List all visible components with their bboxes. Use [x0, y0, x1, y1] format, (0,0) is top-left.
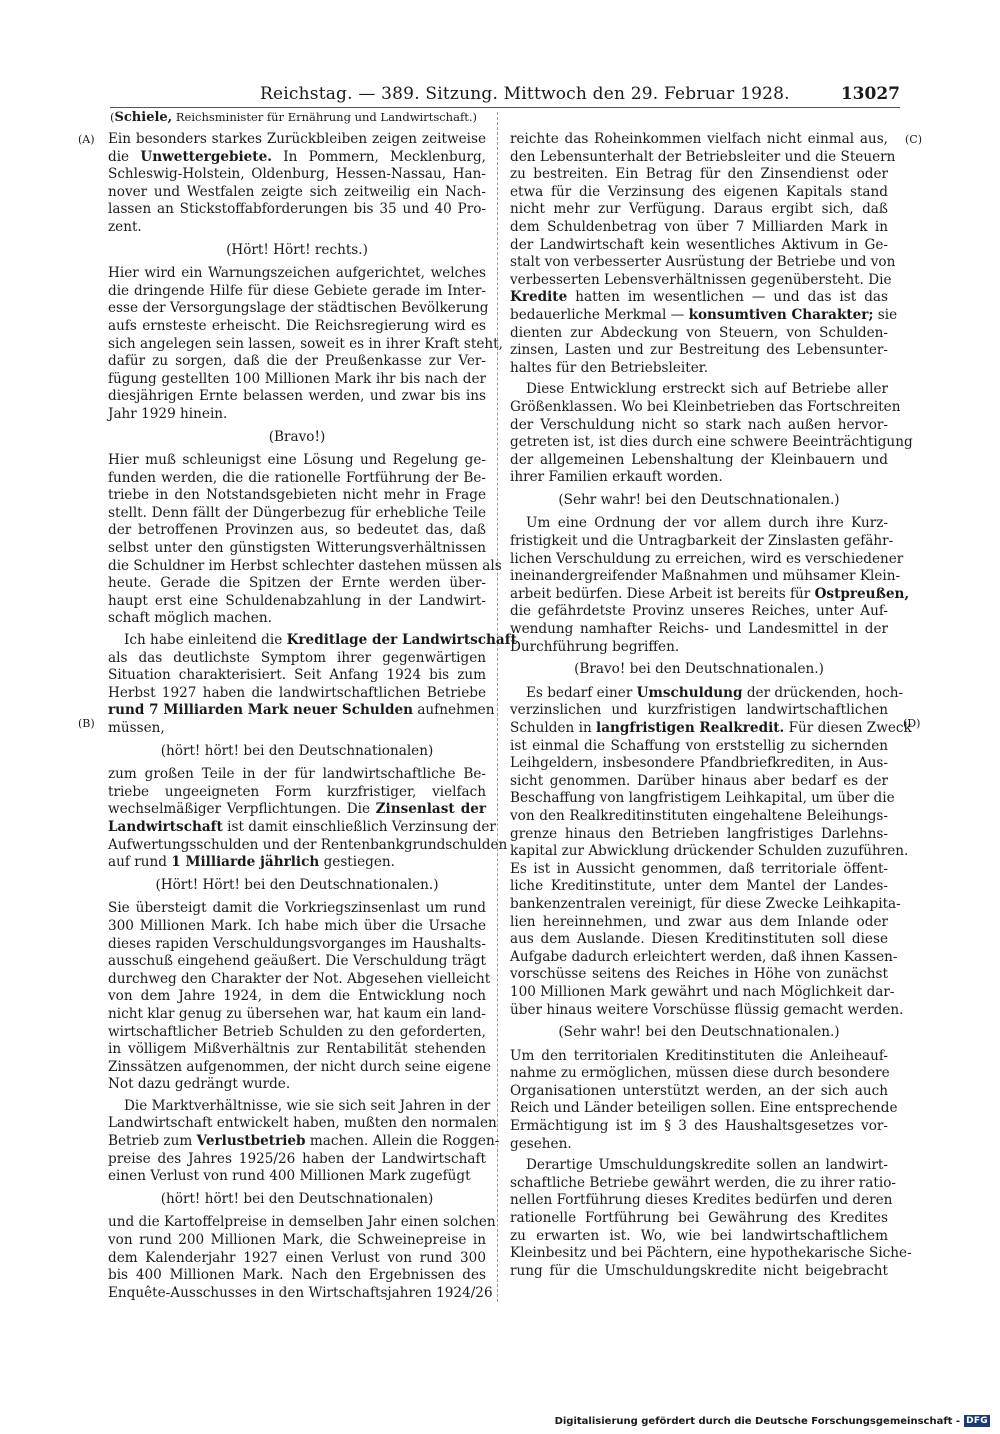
- text-line: der Landwirtschaft kein wesentliches Akt…: [510, 237, 888, 255]
- text-line: bankenzentralen vereinigt, für diese Zwe…: [510, 896, 888, 914]
- text-line: stalt von verbesserter Ausrüstung der Be…: [510, 254, 888, 272]
- text-line: Es bedarf einer Umschuldung der drückend…: [510, 685, 888, 703]
- text-line: grenze hinaus den Betrieben langfristige…: [510, 826, 888, 844]
- text-line: bedauerliche Merkmal — konsumtiven Chara…: [510, 307, 888, 325]
- text-line: Sie übersteigt damit die Vorkriegszinsen…: [108, 900, 486, 918]
- text-line: rund 7 Milliarden Mark neuer Schulden au…: [108, 702, 486, 720]
- margin-mark-b: (B): [78, 717, 95, 730]
- text-line: sicht genommen. Darüber hinaus aber beda…: [510, 773, 888, 791]
- text-line: heute. Gerade die Spitzen der Ernte werd…: [108, 575, 486, 593]
- text-line: zent.: [108, 219, 486, 237]
- text-line: wechselmäßiger Verpflichtungen. Die Zins…: [108, 801, 486, 819]
- paragraph: Diese Entwicklung erstreckt sich auf Bet…: [510, 381, 888, 487]
- text-line: lassen an Stickstoffabforderungen bis 35…: [108, 201, 486, 219]
- text-line: Ich habe einleitend die Kreditlage der L…: [108, 632, 486, 650]
- text-line: aufs ernsteste erheischt. Die Reichsregi…: [108, 318, 486, 336]
- text-line: ausschuß eingehend geäußert. Die Verschu…: [108, 953, 486, 971]
- text-line: Enquête-Ausschusses in den Wirtschaftsja…: [108, 1285, 486, 1303]
- text-line: rung für die Umschuldungskredite nicht b…: [510, 1263, 888, 1281]
- text-line: in völligem Mißverhältnis zur Rentabilit…: [108, 1041, 486, 1059]
- text-line: ihrer Familien erkauft worden.: [510, 469, 888, 487]
- text-line: wirtschaftlicher Betrieb Schulden zu den…: [108, 1024, 486, 1042]
- text-line: fristigkeit und die Untragbarkeit der Zi…: [510, 533, 888, 551]
- paragraph: Ich habe einleitend die Kreditlage der L…: [108, 632, 486, 738]
- text-line: dienten zur Abdeckung von Steuern, von S…: [510, 325, 888, 343]
- dfg-logo-icon: DFG: [964, 1415, 990, 1427]
- text-line: 300 Millionen Mark. Ich habe mich über d…: [108, 918, 486, 936]
- text-line: zinsen, Lasten und zur Bestreitung des L…: [510, 342, 888, 360]
- text-line: lien hereinnehmen, und zwar aus dem Inla…: [510, 914, 888, 932]
- text-line: die gefährdetste Provinz unseres Reiches…: [510, 603, 888, 621]
- text-line: haupt erst eine Schuldenabzahlung in der…: [108, 593, 486, 611]
- text-line: Die Marktverhältnisse, wie sie sich seit…: [108, 1098, 486, 1116]
- paragraph: Ein besonders starkes Zurückbleiben zeig…: [108, 131, 486, 237]
- text-line: triebe in den Notstandsgebieten nicht me…: [108, 487, 486, 505]
- paragraph: und die Kartoffelpreise in demselben Jah…: [108, 1214, 486, 1302]
- paragraph: Es bedarf einer Umschuldung der drückend…: [510, 685, 888, 1019]
- text-line: selbst unter den günstigsten Witterungsv…: [108, 540, 486, 558]
- text-line: als das deutlichste Symptom ihrer gegenw…: [108, 650, 486, 668]
- paragraph: Um eine Ordnung der vor allem durch ihre…: [510, 515, 888, 656]
- text-line: Es ist in Aussicht genommen, daß territo…: [510, 861, 888, 879]
- text-line: Beschaffung von langfristigem Leihkapita…: [510, 790, 888, 808]
- text-line: Schleswig-Holstein, Oldenburg, Hessen-Na…: [108, 166, 486, 184]
- paragraph: Hier wird ein Warnungszeichen aufgericht…: [108, 265, 486, 423]
- text-line: auf rund 1 Milliarde jährlich gestiegen.: [108, 854, 486, 872]
- page-header: Reichstag. — 389. Sitzung. Mittwoch den …: [110, 84, 900, 106]
- text-line: von rund 200 Millionen Mark, die Schwein…: [108, 1232, 486, 1250]
- text-line: vorschüsse seitens des Reiches in Höhe v…: [510, 966, 888, 984]
- paragraph: reichte das Roheinkommen vielfach nicht …: [510, 131, 888, 377]
- interjection: (Sehr wahr! bei den Deutschnationalen.): [510, 492, 888, 510]
- text-line: Betrieb zum Verlustbetrieb machen. Allei…: [108, 1133, 486, 1151]
- text-line: Größenklassen. Wo bei Kleinbetrieben das…: [510, 399, 888, 417]
- text-line: Situation charakterisiert. Seit Anfang 1…: [108, 667, 486, 685]
- text-line: Kredite hatten im wesentlichen — und das…: [510, 289, 888, 307]
- interjection: (hört! hört! bei den Deutschnationalen): [108, 1191, 486, 1209]
- text-line: der allgemeinen Lebenshaltung der Kleinb…: [510, 452, 888, 470]
- paragraph: zum großen Teile in der für landwirtscha…: [108, 766, 486, 872]
- text-line: Hier wird ein Warnungszeichen aufgericht…: [108, 265, 486, 283]
- header-title: Reichstag. — 389. Sitzung. Mittwoch den …: [260, 84, 790, 104]
- right-column: reichte das Roheinkommen vielfach nicht …: [510, 131, 888, 1280]
- text-line: nicht mehr zur Verfügung. Daraus ergibt …: [510, 201, 888, 219]
- text-line: ist einmal die Schaffung von erststellig…: [510, 738, 888, 756]
- text-line: Schulden in langfristigen Realkredit. Fü…: [510, 720, 888, 738]
- interjection: (hört! hört! bei den Deutschnationalen): [108, 743, 486, 761]
- text-line: ineinandergreifender Maßnahmen und mühsa…: [510, 568, 888, 586]
- text-line: dafür zu sorgen, daß die der Preußenkass…: [108, 353, 486, 371]
- text-line: sich angelegen sein lassen, soweit es in…: [108, 336, 486, 354]
- text-line: Derartige Umschuldungskredite sollen an …: [510, 1157, 888, 1175]
- text-line: der Verschuldung nicht so stark nach auß…: [510, 417, 888, 435]
- text-line: Landwirtschaft entwickelt haben, mußten …: [108, 1115, 486, 1133]
- text-line: die Unwettergebiete. In Pommern, Mecklen…: [108, 149, 486, 167]
- text-line: den Lebensunterhalt der Betriebsleiter u…: [510, 149, 888, 167]
- interjection: (Sehr wahr! bei den Deutschnationalen.): [510, 1024, 888, 1042]
- text-line: nahme zu ermöglichen, müssen diese durch…: [510, 1065, 888, 1083]
- left-column: Ein besonders starkes Zurückbleiben zeig…: [108, 131, 486, 1302]
- text-line: stellt. Denn fällt der Düngerbezug für e…: [108, 505, 486, 523]
- text-line: Leihgeldern, insbesondere Pfandbriefkred…: [510, 755, 888, 773]
- paragraph: Die Marktverhältnisse, wie sie sich seit…: [108, 1098, 486, 1186]
- text-line: einen Verlust von rund 400 Millionen Mar…: [108, 1168, 486, 1186]
- text-line: durchweg den Charakter der Not. Abgesehe…: [108, 971, 486, 989]
- text-line: lichen Verschuldung zu erreichen, wird e…: [510, 551, 888, 569]
- page-number: 13027: [841, 84, 900, 104]
- text-line: von dem Jahre 1924, in dem die Entwicklu…: [108, 988, 486, 1006]
- text-line: funden werden, die die rationelle Fortfü…: [108, 470, 486, 488]
- text-line: wendung namhafter Reichs- und Landesmitt…: [510, 621, 888, 639]
- credit-text: Digitalisierung gefördert durch die Deut…: [555, 1416, 961, 1427]
- text-line: über hinaus weitere Vorschüsse flüssig g…: [510, 1002, 888, 1020]
- text-line: der betroffenen Provinzen aus, so bedeut…: [108, 522, 486, 540]
- text-line: zu bestreiten. Ein Betrag für den Zinsen…: [510, 166, 888, 184]
- text-line: Jahr 1929 hinein.: [108, 406, 486, 424]
- text-line: reichte das Roheinkommen vielfach nicht …: [510, 131, 888, 149]
- text-line: nellen Fortführung dieses Kredites bedür…: [510, 1192, 888, 1210]
- text-line: die dringende Hilfe für diese Gebiete ge…: [108, 283, 486, 301]
- text-line: gesehen.: [510, 1136, 888, 1154]
- speaker-attribution: (Schiele, Reichsminister für Ernährung u…: [110, 110, 477, 125]
- text-line: aus dem Auslande. Diesen Kreditinstitute…: [510, 931, 888, 949]
- text-line: Landwirtschaft ist damit einschließlich …: [108, 819, 486, 837]
- text-line: etwa für die Verzinsung des eigenen Kapi…: [510, 184, 888, 202]
- document-page: Reichstag. — 389. Sitzung. Mittwoch den …: [0, 0, 1000, 1434]
- interjection: (Bravo!): [108, 429, 486, 447]
- text-line: verzinslichen und kurzfristigen landwirt…: [510, 702, 888, 720]
- text-line: schaftliche Betriebe gewährt werden, die…: [510, 1175, 888, 1193]
- text-line: von den Realkreditinstituten eingehalten…: [510, 808, 888, 826]
- text-line: Um eine Ordnung der vor allem durch ihre…: [510, 515, 888, 533]
- text-line: liche Kreditinstitute, unter dem Mantel …: [510, 878, 888, 896]
- text-line: Reich und Länder beteiligen sollen. Eine…: [510, 1100, 888, 1118]
- text-line: Ein besonders starkes Zurückbleiben zeig…: [108, 131, 486, 149]
- text-line: Herbst 1927 haben die landwirtschaftlich…: [108, 685, 486, 703]
- text-line: Ermächtigung ist im § 3 des Haushaltsges…: [510, 1118, 888, 1136]
- paragraph: Um den territorialen Kreditinstituten di…: [510, 1048, 888, 1154]
- text-line: dieses rapiden Verschuldungsvorganges im…: [108, 936, 486, 954]
- text-line: Aufgabe dadurch erleichtert werden, daß …: [510, 949, 888, 967]
- text-line: nover und Westfalen zeigte sich zeitweil…: [108, 184, 486, 202]
- text-line: Durchführung begriffen.: [510, 639, 888, 657]
- text-line: triebe ungeeigneten Form kurzfristiger, …: [108, 784, 486, 802]
- text-line: 100 Millionen Mark gewährt und nach Mögl…: [510, 984, 888, 1002]
- digitization-credit: Digitalisierung gefördert durch die Deut…: [555, 1415, 990, 1427]
- header-rule: [110, 107, 900, 108]
- text-line: haltes für den Betriebsleiter.: [510, 360, 888, 378]
- text-line: zum großen Teile in der für landwirtscha…: [108, 766, 486, 784]
- text-line: rationelle Fortführung bei Gewährung des…: [510, 1210, 888, 1228]
- paragraph: Sie übersteigt damit die Vorkriegszinsen…: [108, 900, 486, 1094]
- text-line: Diese Entwicklung erstreckt sich auf Bet…: [510, 381, 888, 399]
- text-line: dem Kalenderjahr 1927 einen Verlust von …: [108, 1250, 486, 1268]
- text-line: die Schuldner im Herbst schlechter daste…: [108, 558, 486, 576]
- text-line: Um den territorialen Kreditinstituten di…: [510, 1048, 888, 1066]
- text-line: bis 400 Millionen Mark. Nach den Ergebni…: [108, 1267, 486, 1285]
- text-line: fügung gestellten 100 Millionen Mark ihr…: [108, 371, 486, 389]
- text-line: Aufwertungsschulden und der Rentenbankgr…: [108, 837, 486, 855]
- text-line: zu erwarten ist. Wo, wie bei landwirtsch…: [510, 1228, 888, 1246]
- paragraph: Hier muß schleunigst eine Lösung und Reg…: [108, 452, 486, 628]
- speaker-role: Reichsminister für Ernährung und Landwir…: [176, 110, 473, 124]
- text-line: verbesserten Lebensverhältnissen gegenüb…: [510, 272, 888, 290]
- text-line: Zinssätzen aufgenommen, der nicht durch …: [108, 1059, 486, 1077]
- text-line: preise des Jahres 1925/26 haben der Land…: [108, 1151, 486, 1169]
- paragraph: Derartige Umschuldungskredite sollen an …: [510, 1157, 888, 1280]
- text-line: müssen,: [108, 720, 486, 738]
- text-line: arbeit bedürfen. Diese Arbeit ist bereit…: [510, 586, 888, 604]
- text-line: und die Kartoffelpreise in demselben Jah…: [108, 1214, 486, 1232]
- speaker-name: Schiele,: [115, 110, 173, 125]
- text-line: schaft möglich machen.: [108, 610, 486, 628]
- text-line: nicht klar genug zu übersehen war, hat k…: [108, 1006, 486, 1024]
- text-line: Organisationen unterstützt werden, an de…: [510, 1083, 888, 1101]
- column-divider: [497, 112, 498, 1302]
- text-line: Kleinbesitz und bei Pächtern, eine hypot…: [510, 1245, 888, 1263]
- text-line: Not dazu gedrängt wurde.: [108, 1076, 486, 1094]
- interjection: (Bravo! bei den Deutschnationalen.): [510, 661, 888, 679]
- margin-mark-c: (C): [905, 133, 922, 146]
- text-line: dem Schuldenbetrag von über 7 Milliarden…: [510, 219, 888, 237]
- text-line: esse der Versorgungslage der städtischen…: [108, 300, 486, 318]
- interjection: (Hört! Hört! rechts.): [108, 242, 486, 260]
- text-line: kapital zur Abwicklung drückender Schuld…: [510, 843, 888, 861]
- text-line: diesjährigen Ernte belassen werden, und …: [108, 388, 486, 406]
- text-line: Hier muß schleunigst eine Lösung und Reg…: [108, 452, 486, 470]
- text-line: getreten ist, ist dies durch eine schwer…: [510, 434, 888, 452]
- margin-mark-a: (A): [78, 133, 95, 146]
- interjection: (Hört! Hört! bei den Deutschnationalen.): [108, 877, 486, 895]
